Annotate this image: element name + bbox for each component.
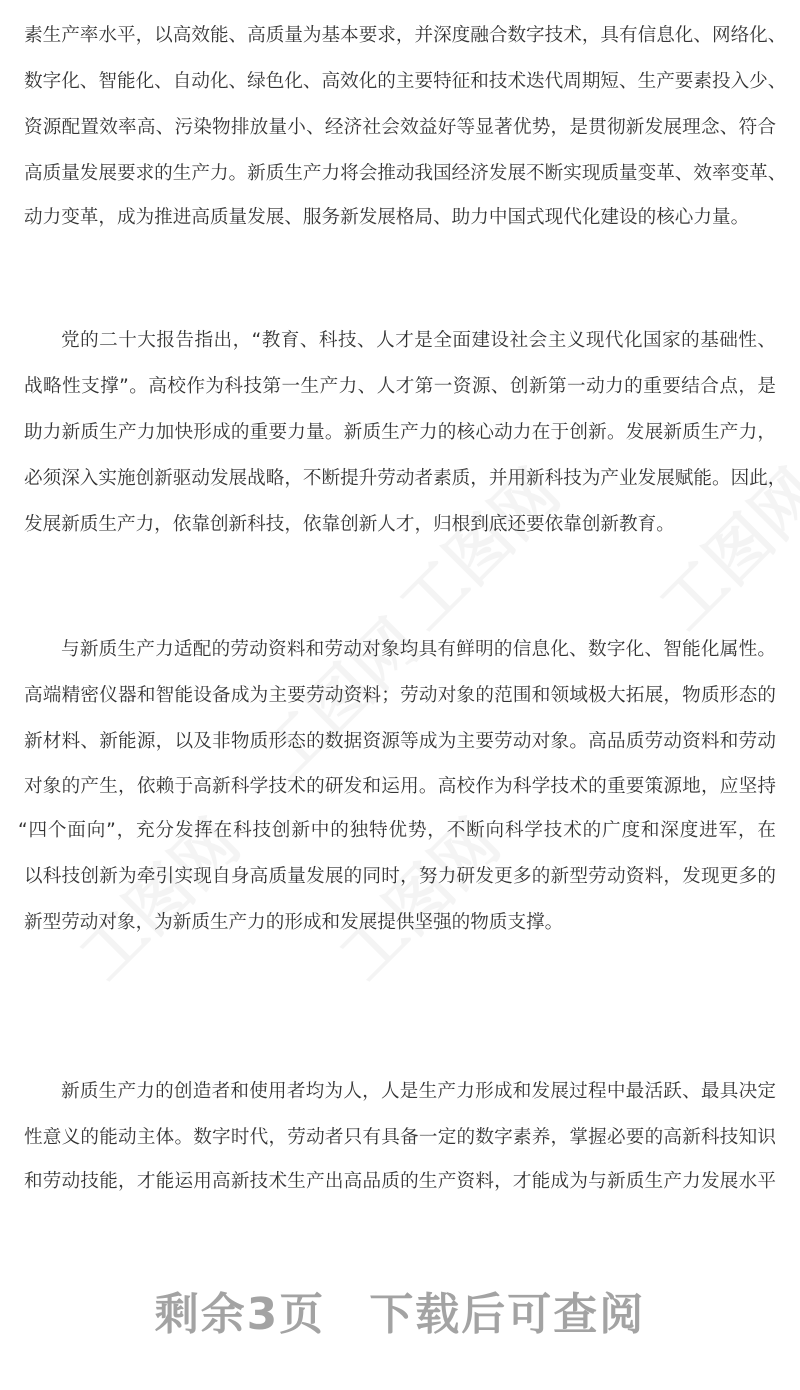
text-line: 性意义的能动主体。数字时代，劳动者只有具备一定的数字素养，掌握必要的高新科技知识 — [24, 1126, 776, 1150]
text-line: 新型劳动对象，为新质生产力的形成和发展提供坚强的物质支撑。 — [24, 911, 776, 935]
text-line: 高质量发展要求的生产力。新质生产力将会推动我国经济发展不断实现质量变革、效率变革… — [24, 162, 776, 186]
text-line: 以科技创新为牵引实现自身高质量发展的同时，努力研发更多的新型劳动资料，发现更多的 — [24, 865, 776, 889]
text-line: 动力变革，成为推进高质量发展、服务新发展格局、助力中国式现代化建设的核心力量。 — [24, 206, 776, 230]
remaining-pages-label: 剩余3页 — [155, 1278, 326, 1342]
text-line: 新材料、新能源，以及非物质形态的数据资源等成为主要劳动对象。高品质劳动资料和劳动 — [24, 730, 776, 754]
text-line: 战略性支撑”。高校作为科技第一生产力、人才第一资源、创新第一动力的重要结合点，是 — [24, 375, 776, 399]
text-line: 发展新质生产力，依靠创新科技，依靠创新人才，归根到底还要依靠创新教育。 — [24, 513, 776, 537]
text-line: 助力新质生产力加快形成的重要力量。新质生产力的核心动力在于创新。发展新质生产力， — [24, 421, 776, 445]
text-line: “四个面向”，充分发挥在科技创新中的独特优势，不断向科学技术的广度和深度进军，在 — [18, 819, 776, 843]
text-line: 对象的产生，依赖于高新科学技术的研发和运用。高校作为科学技术的重要策源地，应坚持 — [24, 775, 776, 799]
text-line: 和劳动技能，才能运用高新技术生产出高品质的生产资料，才能成为与新质生产力发展水平 — [24, 1170, 776, 1194]
text-line: 资源配置效率高、污染物排放量小、经济社会效益好等显著优势，是贯彻新发展理念、符合 — [24, 116, 776, 140]
text-line: 必须深入实施创新驱动发展战略，不断提升劳动者素质，并用新科技为产业发展赋能。因此… — [24, 467, 776, 491]
document-page: 工图网 工图网 工图网 工图网 工图网 素生产率水平，以高效能、高质量为基本要求… — [0, 0, 800, 1390]
text-line: 素生产率水平，以高效能、高质量为基本要求，并深度融合数字技术，具有信息化、网络化… — [24, 24, 776, 48]
text-line: 新质生产力的创造者和使用者均为人，人是生产力形成和发展过程中最活跃、最具决定 — [61, 1080, 776, 1104]
remaining-pages-banner[interactable]: 剩余3页下载后可查阅 — [0, 1278, 800, 1342]
text-line: 数字化、智能化、自动化、绿色化、高效化的主要特征和技术迭代周期短、生产要素投入少… — [24, 70, 776, 94]
text-line: 高端精密仪器和智能设备成为主要劳动资料；劳动对象的范围和领域极大拓展，物质形态的 — [24, 684, 776, 708]
text-line: 党的二十大报告指出，“教育、科技、人才是全面建设社会主义现代化国家的基础性、 — [61, 329, 776, 353]
text-line: 与新质生产力适配的劳动资料和劳动对象均具有鲜明的信息化、数字化、智能化属性。 — [61, 638, 776, 662]
download-hint-label: 下载后可查阅 — [369, 1278, 645, 1342]
